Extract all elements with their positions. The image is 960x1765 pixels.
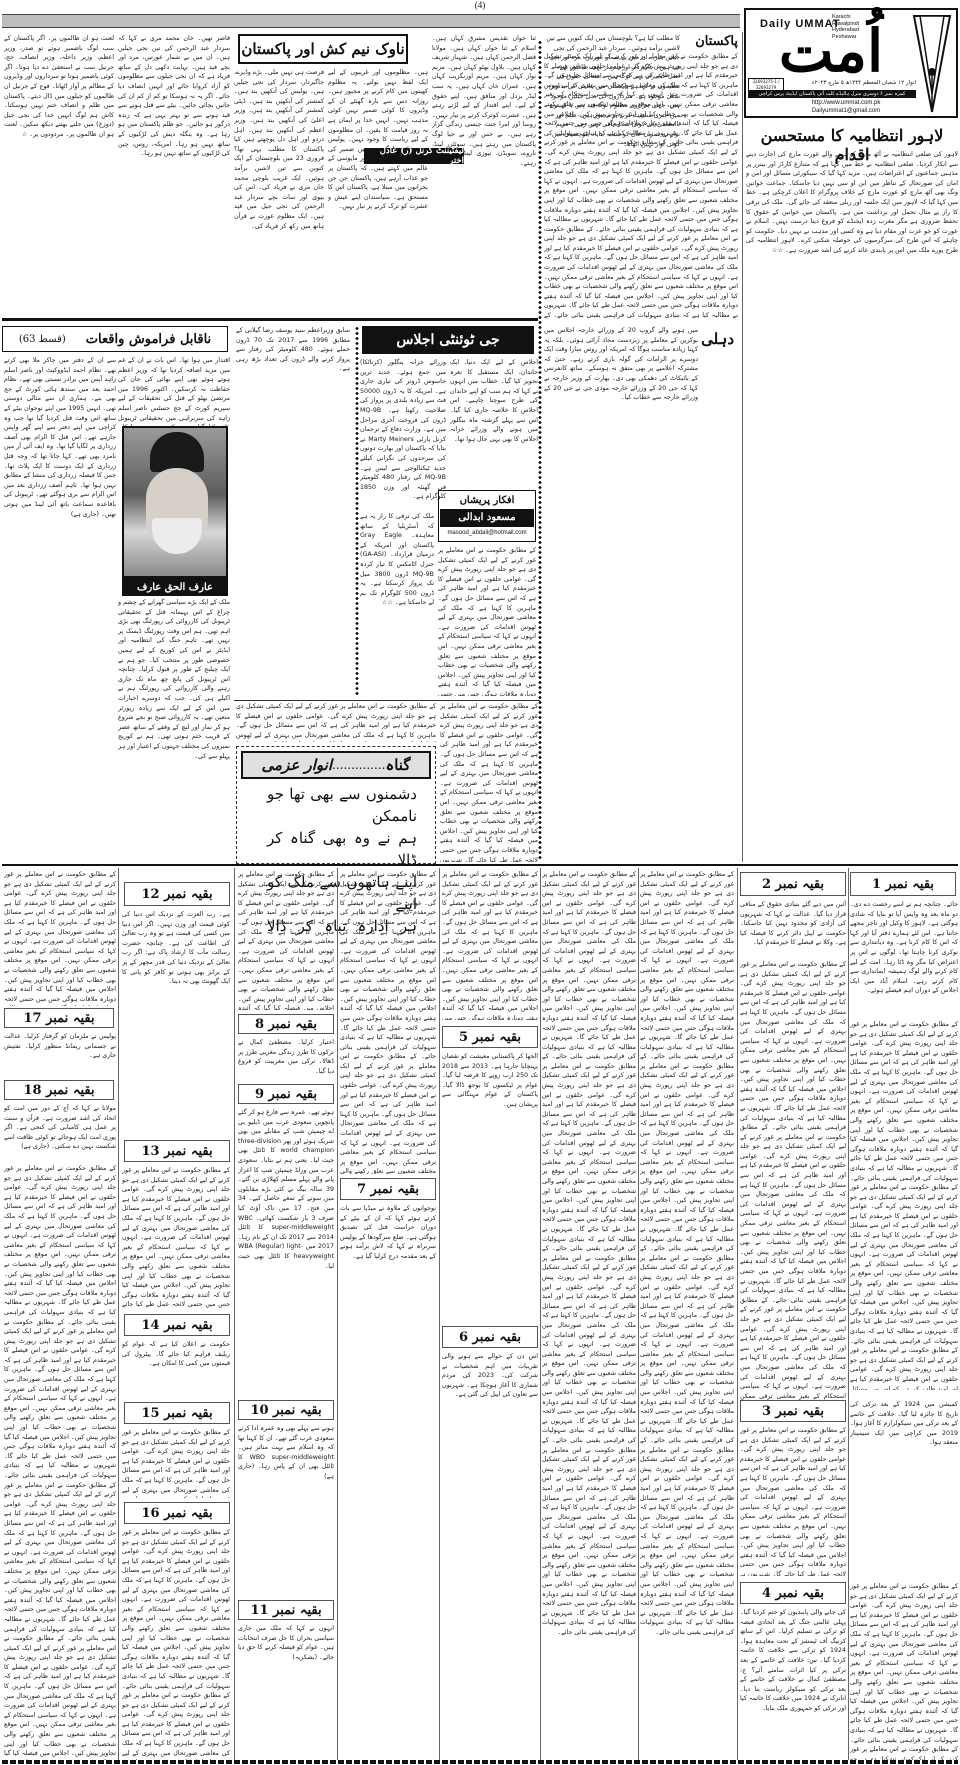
column-divider	[439, 868, 440, 1760]
text-column-7a: کے مطابق حکومت نے اس معاملے پر غور کرنے …	[238, 870, 334, 1010]
continuation-2-cont: کے مطابق حکومت نے اس معاملے پر غور کرنے …	[740, 960, 846, 1400]
page-number: (4)	[460, 0, 500, 10]
ummat-logo: اُمت	[756, 16, 906, 86]
nawak-body-a: ہیں۔ مظلوموں اور غریبوں کے لیے ایک لفظ ن…	[328, 68, 428, 318]
continuation-1-cont: کے مطابق حکومت نے اس معاملے پر غور کرنے …	[850, 1020, 958, 1390]
continuation-4-side: کے مطابق حکومت نے اس معاملے پر غور کرنے …	[850, 1582, 958, 1760]
continuation-13-header: بقیہ نمبر 13	[124, 1140, 230, 1162]
bottom-rule	[2, 1760, 958, 1764]
divider	[234, 700, 540, 701]
continuation-4-header: بقیہ نمبر 4	[740, 1582, 846, 1604]
nawak-headline-box: ناوک نیم کش اور پاکستان	[238, 34, 408, 64]
address-bar: کمرہ نمبر ۶ دوسری منزل ہالیڈے کلب آئی پا…	[748, 90, 916, 98]
nawak-body-e: لعنت ہو ان ظالموں پر۔ اگر پاکستان کے سب …	[4, 34, 114, 316]
text-column-6a: کے مطابق حکومت نے اس معاملے پر غور کرنے …	[340, 870, 436, 1174]
continuation-2-body: آئین میں دیے گئے بنیادی حقوق کے منافی قر…	[740, 900, 846, 960]
continuation-8-body: اختیار کرلیا۔ مصطفیٰ کمال نے ترکوں کا طر…	[238, 1038, 334, 1082]
continuation-13-body: کے مطابق حکومت نے اس معاملے پر غور کرنے …	[122, 1166, 230, 1310]
column-divider	[234, 868, 235, 1760]
continuation-15-header: بقیہ نمبر 15	[124, 1402, 230, 1424]
poem-poet: انوار عزمی	[262, 756, 333, 774]
continuation-17-body: پولیس نے ملزمان کو گرفتار کرلیا۔ عدالت ن…	[4, 1032, 116, 1078]
continuation-15-body: کے مطابق حکومت نے اس معاملے پر غور کرنے …	[122, 1428, 230, 1498]
continuation-1-header: بقیہ نمبر 1	[850, 872, 956, 896]
nawak-author-box: لیفٹیننٹ کرنل (ر) عادل اختر	[364, 148, 464, 164]
column-divider	[638, 868, 639, 1760]
masthead: Daily UMMAT Karachi Rawalpindi Hyderabad…	[744, 8, 958, 118]
continuation-16-header: بقیہ نمبر 16	[124, 1502, 230, 1524]
continuation-17-header: بقیہ نمبر 17	[4, 1008, 114, 1028]
date-line: اتوار ۱۲ شعبان المعظم ۱۴۴۴ھ ۵ مارچ ۲۰۲۳ء	[786, 80, 916, 86]
nawak-body-b: فرصت ہی نہیں ملی۔ بڑے وڈیرے، جاگیردار، س…	[234, 68, 324, 318]
continuation-1-body: جائے۔ چنانچہ ہم نے اسے رخصت دے دی۔ دو ما…	[850, 900, 958, 1020]
text-column-3: کے مطابق حکومت نے اس معاملے پر غور کرنے …	[640, 870, 734, 1760]
text-column-5a: کے مطابق حکومت نے اس معاملے پر غور کرنے …	[442, 870, 538, 1020]
poem-top-text: کے مطابق حکومت نے اس معاملے پر غور کرنے …	[236, 702, 436, 742]
continuation-3-header: بقیہ نمبر 3	[740, 1400, 846, 1422]
poem-title-box: گناہ .............. انوار عزمی	[241, 751, 431, 779]
continuation-3-body: کمیشن میں 1924 کے بعد ترکی کی تاریخ کا ج…	[850, 1400, 958, 1580]
email-link[interactable]: Dailyummat1@gmail.com	[776, 108, 916, 114]
column-divider	[742, 32, 743, 862]
g20-body-c: وزرائے خزانہ بنگلور (کرناٹکا) میں جمع ہو…	[360, 358, 446, 508]
continuation-18-body: مولانا نے کہا کہ آج کے دور میں امت کو ات…	[4, 1104, 116, 1164]
nawak-author: لیفٹیننٹ کرنل (ر) عادل اختر	[364, 146, 464, 166]
text-column-9a: کے مطابق حکومت نے اس معاملے پر غور کرنے …	[4, 870, 116, 1006]
column-divider	[337, 868, 338, 1760]
poem-line: دشمنوں سے بھی تھا جو ناممکن	[267, 783, 417, 827]
g20-dateline: دہلی	[700, 330, 734, 348]
dotted-divider	[538, 40, 542, 860]
pakistan-headline: پاکستان	[680, 34, 738, 49]
continuation-7-body: نوجوانوں کے ملاوہ نے میڈیا سے بات کرتے ہ…	[340, 1204, 436, 1760]
editorial-body: لاہور کی ضلعی انتظامیہ نے آٹھ مارچ کو ہو…	[746, 150, 958, 860]
continuation-14-header: بقیہ نمبر 14	[124, 1314, 230, 1336]
continuation-12-header: بقیہ نمبر 12	[124, 882, 230, 906]
nawak-headline: ناوک نیم کش اور پاکستان	[241, 40, 404, 58]
text-column-4: کے مطابق حکومت نے اس معاملے پر غور کرنے …	[542, 870, 636, 1760]
dotted-divider-g20	[355, 326, 359, 696]
author-photo	[122, 426, 228, 578]
unforgettable-body-a: اقتدار میں ہوا تھا۔ اس بات نے ان کے غم م…	[118, 356, 230, 426]
cap-shape	[150, 432, 204, 472]
continuation-8-header: بقیہ نمبر 8	[238, 1014, 334, 1034]
continuation-11-body: انہوں نے کہا کہ ملک میں جاری سیاسی بحران…	[238, 1624, 334, 1760]
pakistan-body-cont: کے مطابق حکومت نے اس معاملے پر غور کرنے …	[544, 52, 738, 322]
continuation-3-cont: کے مطابق حکومت نے اس معاملے پر غور کرنے …	[740, 1426, 846, 1576]
g20-body-a: میں ہونے والے گروپ 20 کے وزرائے خارجہ اج…	[544, 326, 698, 860]
column-divider	[737, 868, 738, 1760]
poem-side-text: کے مطابق حکومت نے اس معاملے پر غور کرنے …	[440, 702, 538, 862]
beard-shape	[152, 518, 202, 554]
continuation-7-header: بقیہ نمبر 7	[340, 1178, 436, 1200]
raptors-body-a: ملک کی ترقی کا راز یہ ہے کہ آسٹریلیا کے …	[360, 512, 434, 698]
column-divider	[848, 868, 849, 1760]
continuation-11-header: بقیہ نمبر 11	[238, 1600, 334, 1620]
continuation-2-header: بقیہ نمبر 2	[740, 872, 846, 896]
continuation-6-header: بقیہ نمبر 6	[442, 1326, 538, 1348]
continuation-16-body: کے مطابق حکومت نے اس معاملے پر غور کرنے …	[122, 1528, 230, 1760]
author-name: عارف الحق عارف	[137, 582, 213, 593]
header-band	[2, 14, 740, 28]
g20-body-cont: کے مطابق حکومت نے اس معاملے پر غور کرنے …	[438, 546, 536, 696]
unforgettable-headline: ناقابل فراموش واقعات	[86, 332, 211, 347]
poem-box: گناہ .............. انوار عزمی دشمنوں سے…	[236, 746, 436, 864]
continuation-14-body: حکومت نے اعلان کیا ہے کہ عوام کو ریلیف ف…	[122, 1340, 230, 1400]
column-label: افکار پریشاں	[460, 493, 515, 509]
website-link[interactable]: http://www.ummat.com.pk	[776, 100, 916, 106]
continuation-6-body: اس دن کے حوالے سے ہونے والی تقریبات میں …	[442, 1352, 538, 1760]
g20-headline: جی ٹوئنٹی اجلاس	[396, 332, 499, 348]
continuation-10-body: ہونے سے پہلے بھی وہ عمرہ ادا کرنے سعودی …	[238, 1424, 334, 1574]
section-rule	[2, 318, 538, 321]
continuation-4-body: کی جانے والی پابندیوں کو ختم کردیا گیا۔ …	[740, 1608, 846, 1760]
g20-headline-box: جی ٹوئنٹی اجلاس	[362, 326, 534, 354]
poem-title: گناہ	[385, 756, 410, 774]
continuation-5-body: الجھا کر پاکستانی معیشت کو نقصان پہنچایا…	[442, 1052, 538, 1322]
column-email[interactable]: masood_abdali@hotmail.com	[447, 527, 526, 539]
unforgettable-body-c: سے ان کے دفتر میں جاکر ملا بھی کرتے تھے۔…	[4, 356, 116, 864]
pen-nib-icon	[912, 14, 952, 114]
continuation-5-header: بقیہ نمبر 5	[442, 1026, 538, 1048]
nawak-body-d: قاصر تھیں۔ خان محمد مری نے کہا کہ سردار …	[118, 34, 230, 316]
text-column-9b: کے مطابق حکومت نے اس معاملے پر غور کرنے …	[4, 1164, 116, 1760]
continuation-10-header: بقیہ نمبر 10	[238, 1400, 334, 1420]
column-divider	[118, 868, 119, 1760]
half-rule	[2, 864, 958, 866]
continuation-18-header: بقیہ نمبر 18	[4, 1080, 114, 1100]
column-divider	[540, 868, 541, 1760]
episode-label: (قسط 63)	[19, 334, 66, 345]
continuation-9-body: ہوئے تھے۔ عمرہ سے فارغ ہو کر گئے پانچویں…	[238, 1108, 334, 1398]
unforgettable-body-b: ملک کے ایک بڑے سیاسی گھرانے کے چشم و چرا…	[118, 598, 230, 864]
raptors-body-b: سابق وزیراعظم سید یوسف رضا گیلانی کے مطا…	[236, 326, 350, 698]
column-author: مسعود ابدالی	[440, 509, 534, 527]
column-author-box: افکار پریشاں مسعود ابدالی masood_abdali@…	[438, 490, 536, 542]
continuation-12-body: ہے۔ رب العزت کے نزدیک اس دنیا کی کوئی قی…	[122, 910, 230, 1100]
author-name-box: عارف الحق عارف	[122, 578, 228, 596]
unforgettable-headline-box: ناقابل فراموش واقعات (قسط 63)	[2, 326, 228, 352]
nawak-body-c: ثنا خوان تقدیس مشرق کہاں ہیں۔ اسلام کے ث…	[432, 34, 536, 316]
continuation-9-header: بقیہ نمبر 9	[238, 1084, 334, 1104]
